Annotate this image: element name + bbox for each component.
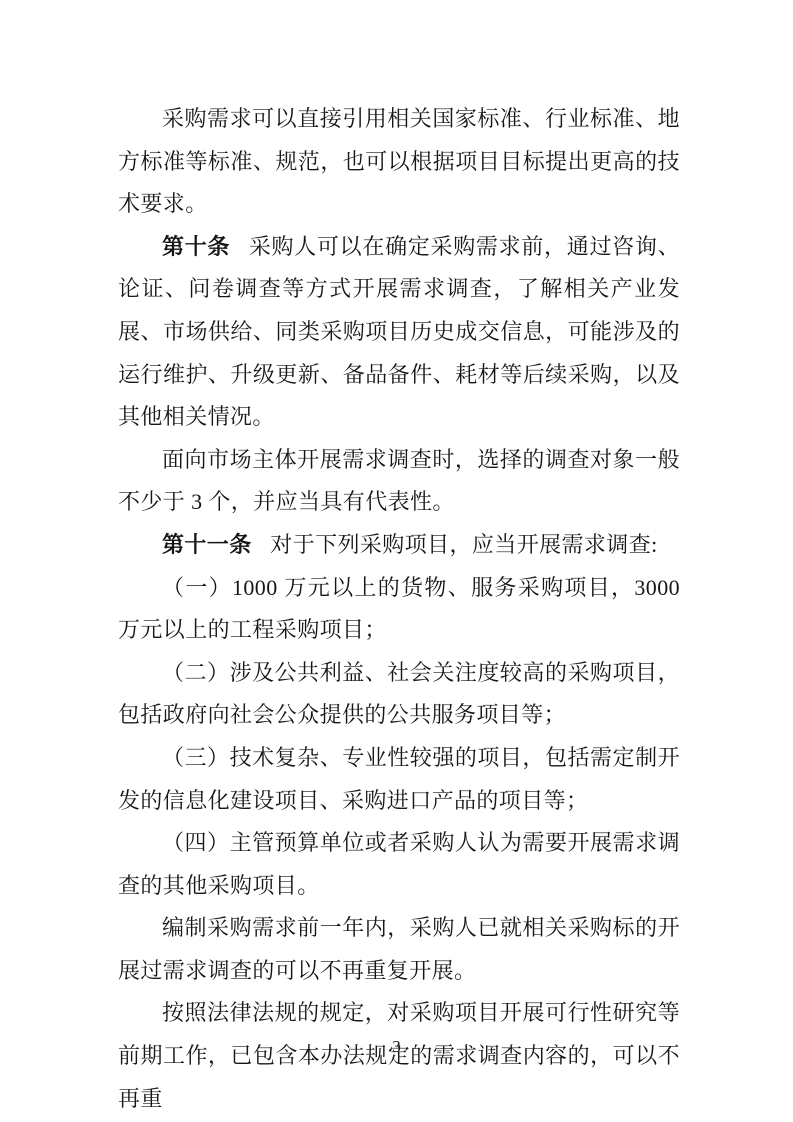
paragraph-text: 采购需求可以直接引用相关国家标准、行业标准、地方标准等标准、规范，也可以根据项目… <box>118 106 680 216</box>
paragraph-text: 编制采购需求前一年内，采购人已就相关采购标的开展过需求调查的可以不再重复开展。 <box>118 915 680 983</box>
article-number: 第十条 <box>162 234 230 259</box>
paragraph: （三）技术复杂、专业性较强的项目，包括需定制开发的信息化建设项目、采购进口产品的… <box>118 737 680 822</box>
paragraph: 编制采购需求前一年内，采购人已就相关采购标的开展过需求调查的可以不再重复开展。 <box>118 907 680 992</box>
document-page: 采购需求可以直接引用相关国家标准、行业标准、地方标准等标准、规范，也可以根据项目… <box>0 0 793 1122</box>
paragraph: （一）1000 万元以上的货物、服务采购项目，3000 万元以上的工程采购项目； <box>118 567 680 652</box>
paragraph: （四）主管预算单位或者采购人认为需要开展需求调查的其他采购项目。 <box>118 822 680 907</box>
paragraph: （二）涉及公共利益、社会关注度较高的采购项目，包括政府向社会公众提供的公共服务项… <box>118 652 680 737</box>
paragraph-text: （三）技术复杂、专业性较强的项目，包括需定制开发的信息化建设项目、采购进口产品的… <box>118 745 680 813</box>
article-number: 第十一条 <box>162 532 252 557</box>
document-body: 采购需求可以直接引用相关国家标准、行业标准、地方标准等标准、规范，也可以根据项目… <box>118 98 680 1120</box>
paragraph-text: （四）主管预算单位或者采购人认为需要开展需求调查的其他采购项目。 <box>118 830 680 898</box>
article-paragraph: 第十一条对于下列采购项目，应当开展需求调查: <box>118 524 680 567</box>
paragraph-text: 面向市场主体开展需求调查时，选择的调查对象一般不少于 3 个，并应当具有代表性。 <box>118 447 680 515</box>
paragraph-text: 对于下列采购项目，应当开展需求调查: <box>270 532 657 557</box>
paragraph-text: （一）1000 万元以上的货物、服务采购项目，3000 万元以上的工程采购项目； <box>118 575 680 643</box>
page-footer: 3 <box>0 1036 793 1058</box>
paragraph-text: （二）涉及公共利益、社会关注度较高的采购项目，包括政府向社会公众提供的公共服务项… <box>118 660 680 728</box>
paragraph-text: 采购人可以在确定采购需求前，通过咨询、论证、问卷调查等方式开展需求调查，了解相关… <box>118 234 680 429</box>
page-number: 3 <box>392 1037 401 1056</box>
paragraph: 采购需求可以直接引用相关国家标准、行业标准、地方标准等标准、规范，也可以根据项目… <box>118 98 680 226</box>
paragraph: 面向市场主体开展需求调查时，选择的调查对象一般不少于 3 个，并应当具有代表性。 <box>118 439 680 524</box>
article-paragraph: 第十条采购人可以在确定采购需求前，通过咨询、论证、问卷调查等方式开展需求调查，了… <box>118 226 680 439</box>
